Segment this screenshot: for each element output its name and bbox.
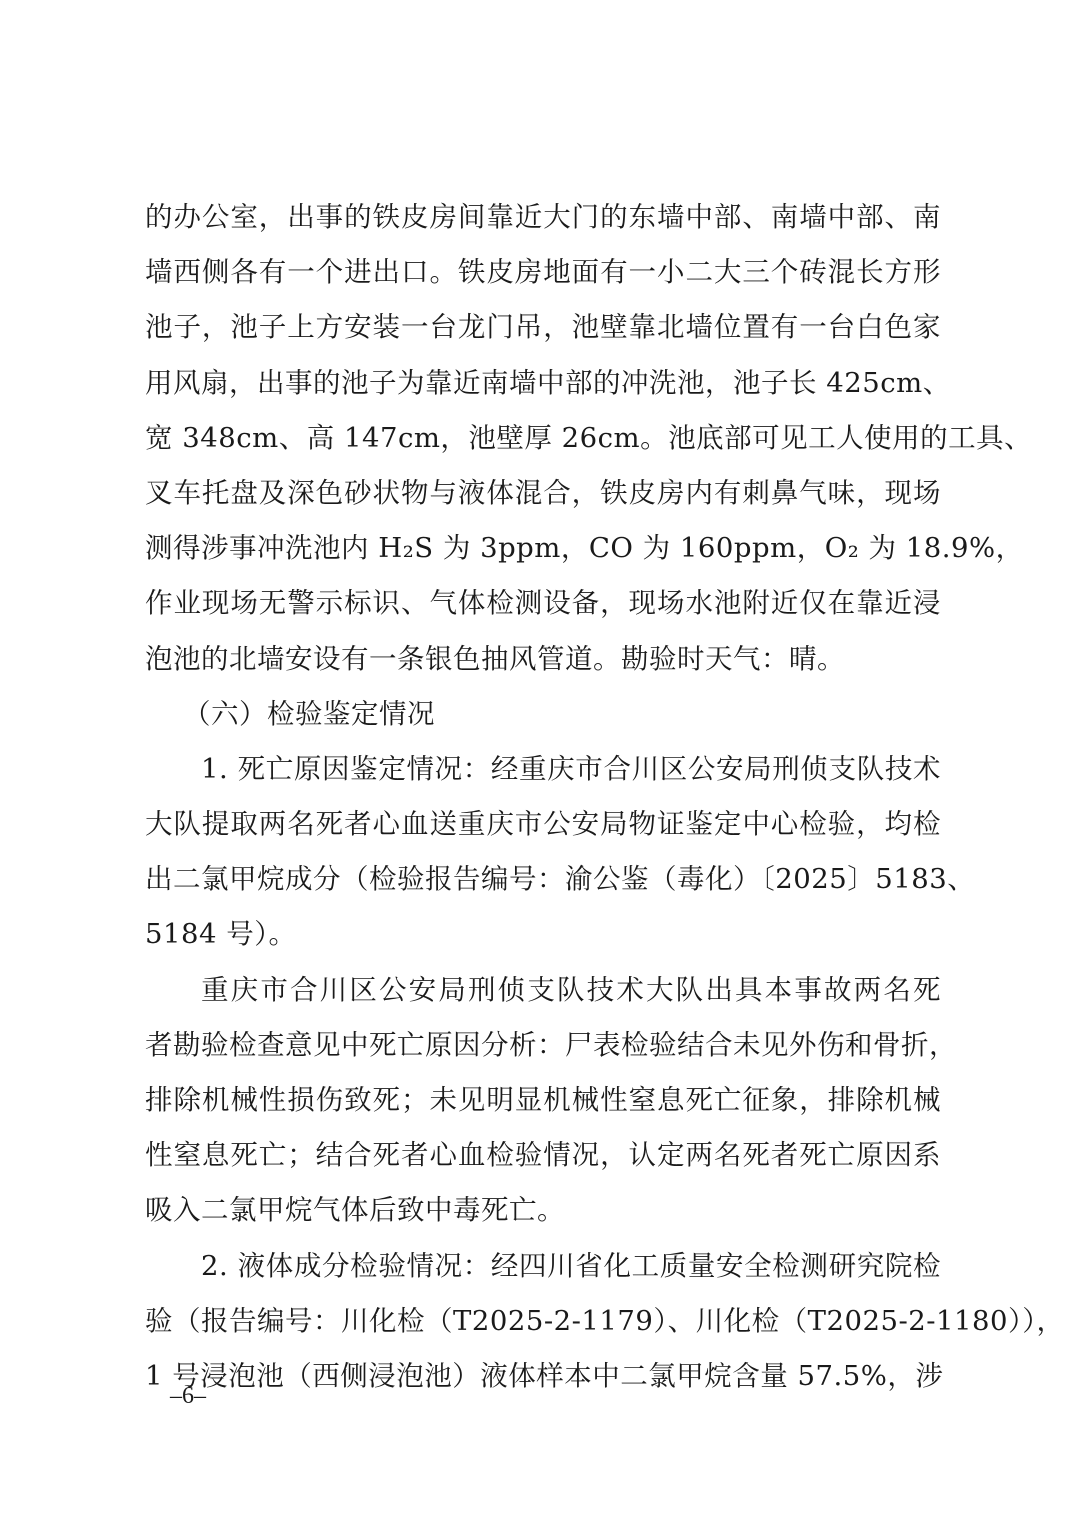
text-line: 作业现场无警示标识、气体检测设备，现场水池附近仅在靠近浸	[145, 576, 941, 631]
text-line: 1 号浸泡池（西侧浸泡池）液体样本中二氯甲烷含量 57.5%，涉	[145, 1349, 941, 1404]
text-line: 者勘验检查意见中死亡原因分析：尸表检验结合未见外伤和骨折，	[145, 1018, 941, 1073]
text-line: 用风扇，出事的池子为靠近南墙中部的冲洗池，池子长 425cm、	[145, 356, 941, 411]
text-line: 吸入二氯甲烷气体后致中毒死亡。	[145, 1183, 941, 1238]
section-heading-text: （六）检验鉴定情况	[145, 687, 941, 742]
page-number: –6–	[170, 1383, 206, 1410]
text-line: 验（报告编号：川化检（T2025-2-1179）、川化检（T2025-2-118…	[145, 1294, 941, 1349]
text-line: 叉车托盘及深色砂状物与液体混合，铁皮房内有刺鼻气味，现场	[145, 466, 941, 521]
text-line: 性窒息死亡；结合死者心血检验情况，认定两名死者死亡原因系	[145, 1128, 941, 1183]
paragraph-scene-description: 的办公室，出事的铁皮房间靠近大门的东墙中部、南墙中部、南 墙西侧各有一个进出口。…	[145, 190, 941, 687]
document-body: 的办公室，出事的铁皮房间靠近大门的东墙中部、南墙中部、南 墙西侧各有一个进出口。…	[145, 190, 941, 1404]
text-line: 池子，池子上方安装一台龙门吊，池壁靠北墙位置有一台白色家	[145, 300, 941, 355]
text-line: 大队提取两名死者心血送重庆市公安局物证鉴定中心检验，均检	[145, 797, 941, 852]
text-line: 出二氯甲烷成分（检验报告编号：渝公鉴（毒化）〔2025〕5183、	[145, 852, 941, 907]
text-line: 的办公室，出事的铁皮房间靠近大门的东墙中部、南墙中部、南	[145, 190, 941, 245]
text-line: 5184 号）。	[145, 907, 941, 962]
text-line: 墙西侧各有一个进出口。铁皮房地面有一小二大三个砖混长方形	[145, 245, 941, 300]
text-line: 宽 348cm、高 147cm，池壁厚 26cm。池底部可见工人使用的工具、	[145, 411, 941, 466]
section-heading: （六）检验鉴定情况	[145, 687, 941, 742]
text-line: 排除机械性损伤致死；未见明显机械性窒息死亡征象，排除机械	[145, 1073, 941, 1128]
text-line: 1. 死亡原因鉴定情况：经重庆市合川区公安局刑侦支队技术	[145, 742, 941, 797]
text-line: 2. 液体成分检验情况：经四川省化工质量安全检测研究院检	[145, 1239, 941, 1294]
text-line: 泡池的北墙安设有一条银色抽风管道。勘验时天气：晴。	[145, 632, 941, 687]
paragraph-liquid-analysis: 2. 液体成分检验情况：经四川省化工质量安全检测研究院检 验（报告编号：川化检（…	[145, 1239, 941, 1405]
paragraph-death-cause: 1. 死亡原因鉴定情况：经重庆市合川区公安局刑侦支队技术 大队提取两名死者心血送…	[145, 742, 941, 963]
text-line: 测得涉事冲洗池内 H₂S 为 3ppm，CO 为 160ppm，O₂ 为 18.…	[145, 521, 941, 576]
paragraph-death-analysis: 重庆市合川区公安局刑侦支队技术大队出具本事故两名死 者勘验检查意见中死亡原因分析…	[145, 963, 941, 1239]
text-line: 重庆市合川区公安局刑侦支队技术大队出具本事故两名死	[145, 963, 941, 1018]
